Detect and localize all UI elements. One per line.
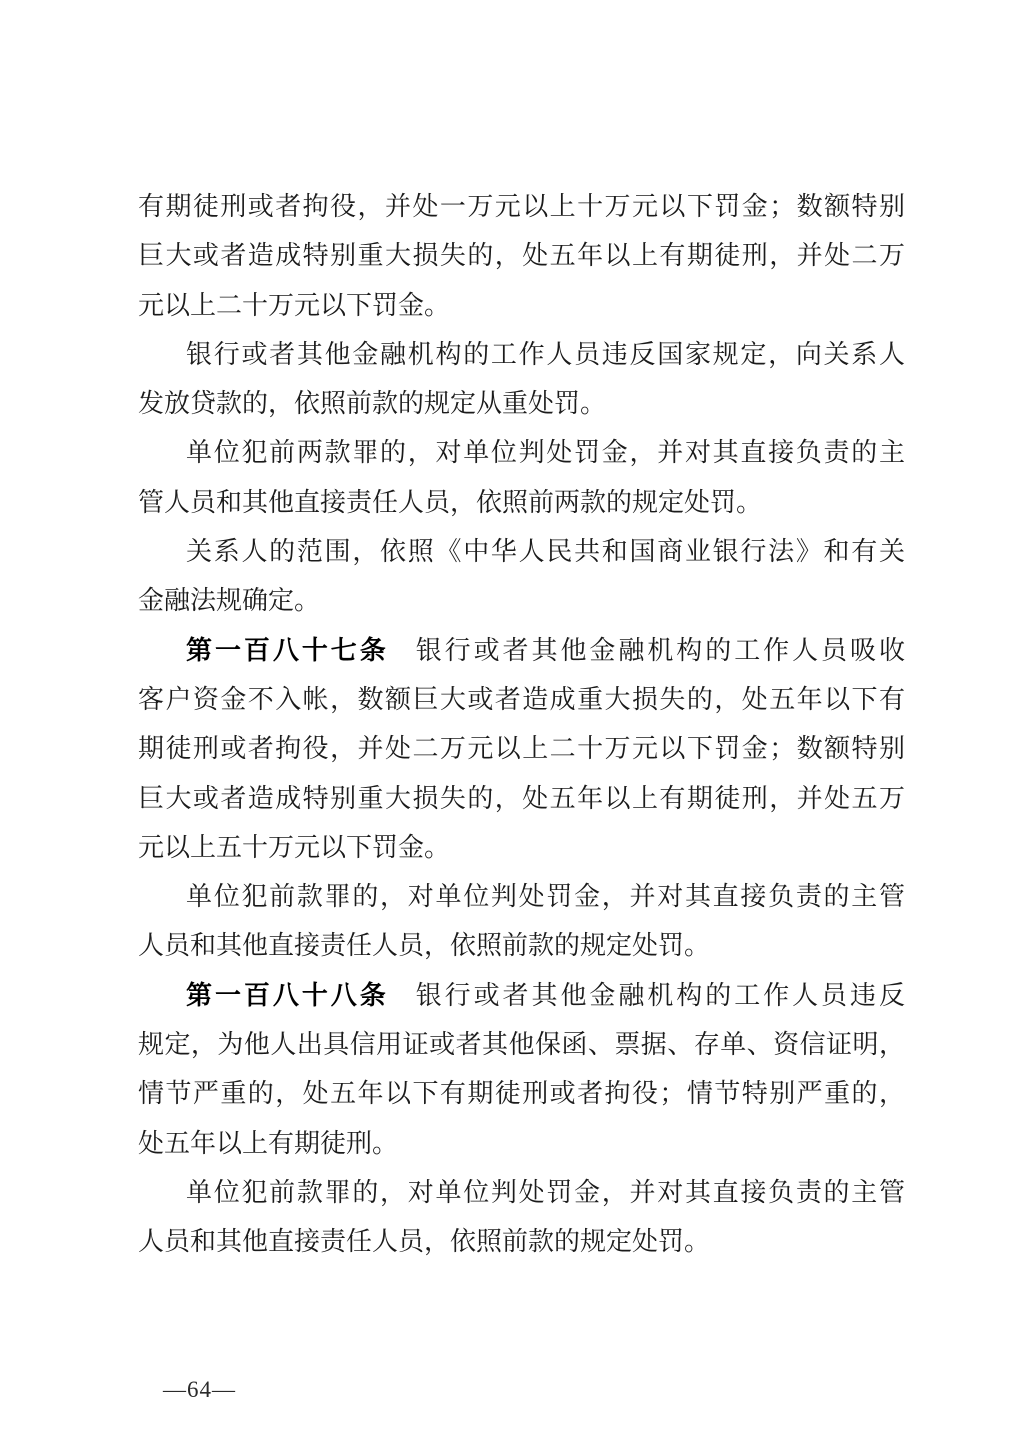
article-188-number: 第一百八十八条	[186, 981, 389, 1010]
article-188-heading-line: 第一百八十八条银行或者其他金融机构的工作人员违反	[138, 971, 905, 1020]
article-188-first-line-text: 银行或者其他金融机构的工作人员违反	[416, 981, 905, 1010]
text-line: 处五年以上有期徒刑。	[138, 1119, 905, 1168]
text-line: 有期徒刑或者拘役，并处一万元以上十万元以下罚金；数额特别	[138, 182, 905, 231]
text-line: 单位犯前款罪的，对单位判处罚金，并对其直接负责的主管	[138, 1168, 905, 1217]
text-line: 期徒刑或者拘役，并处二万元以上二十万元以下罚金；数额特别	[138, 724, 905, 773]
paragraph-unit-crime-187: 单位犯前款罪的，对单位判处罚金，并对其直接负责的主管 人员和其他直接责任人员，依…	[138, 872, 905, 971]
text-line: 巨大或者造成特别重大损失的，处五年以上有期徒刑，并处二万	[138, 231, 905, 280]
text-line: 客户资金不入帐，数额巨大或者造成重大损失的，处五年以下有	[138, 675, 905, 724]
text-line: 金融法规确定。	[138, 576, 905, 625]
paragraph-related-party-loans: 银行或者其他金融机构的工作人员违反国家规定，向关系人 发放贷款的，依照前款的规定…	[138, 330, 905, 429]
page-number: —64—	[163, 1377, 236, 1403]
text-line: 情节严重的，处五年以下有期徒刑或者拘役；情节特别严重的，	[138, 1069, 905, 1118]
paragraph-unit-crime-188: 单位犯前款罪的，对单位判处罚金，并对其直接负责的主管 人员和其他直接责任人员，依…	[138, 1168, 905, 1267]
article-187-heading-line: 第一百八十七条银行或者其他金融机构的工作人员吸收	[138, 626, 905, 675]
document-page: 有期徒刑或者拘役，并处一万元以上十万元以下罚金；数额特别 巨大或者造成特别重大损…	[0, 0, 1024, 1448]
text-line: 单位犯前两款罪的，对单位判处罚金，并对其直接负责的主	[138, 428, 905, 477]
text-line: 单位犯前款罪的，对单位判处罚金，并对其直接负责的主管	[138, 872, 905, 921]
text-line: 元以上五十万元以下罚金。	[138, 823, 905, 872]
text-line: 巨大或者造成特别重大损失的，处五年以上有期徒刑，并处五万	[138, 774, 905, 823]
paragraph-continuation: 有期徒刑或者拘役，并处一万元以上十万元以下罚金；数额特别 巨大或者造成特别重大损…	[138, 182, 905, 330]
article-187-first-line-text: 银行或者其他金融机构的工作人员吸收	[416, 636, 905, 665]
legal-text-body: 有期徒刑或者拘役，并处一万元以上十万元以下罚金；数额特别 巨大或者造成特别重大损…	[138, 182, 905, 1267]
paragraph-unit-crime-two-clauses: 单位犯前两款罪的，对单位判处罚金，并对其直接负责的主 管人员和其他直接责任人员，…	[138, 428, 905, 527]
paragraph-article-188: 第一百八十八条银行或者其他金融机构的工作人员违反 规定，为他人出具信用证或者其他…	[138, 971, 905, 1168]
text-line: 发放贷款的，依照前款的规定从重处罚。	[138, 379, 905, 428]
text-line: 人员和其他直接责任人员，依照前款的规定处罚。	[138, 1217, 905, 1266]
text-line: 银行或者其他金融机构的工作人员违反国家规定，向关系人	[138, 330, 905, 379]
text-line: 规定，为他人出具信用证或者其他保函、票据、存单、资信证明，	[138, 1020, 905, 1069]
article-187-number: 第一百八十七条	[186, 636, 389, 665]
text-line: 人员和其他直接责任人员，依照前款的规定处罚。	[138, 921, 905, 970]
paragraph-article-187: 第一百八十七条银行或者其他金融机构的工作人员吸收 客户资金不入帐，数额巨大或者造…	[138, 626, 905, 872]
text-line: 元以上二十万元以下罚金。	[138, 281, 905, 330]
text-line: 关系人的范围，依照《中华人民共和国商业银行法》和有关	[138, 527, 905, 576]
text-line: 管人员和其他直接责任人员，依照前两款的规定处罚。	[138, 478, 905, 527]
paragraph-related-party-scope: 关系人的范围，依照《中华人民共和国商业银行法》和有关 金融法规确定。	[138, 527, 905, 626]
